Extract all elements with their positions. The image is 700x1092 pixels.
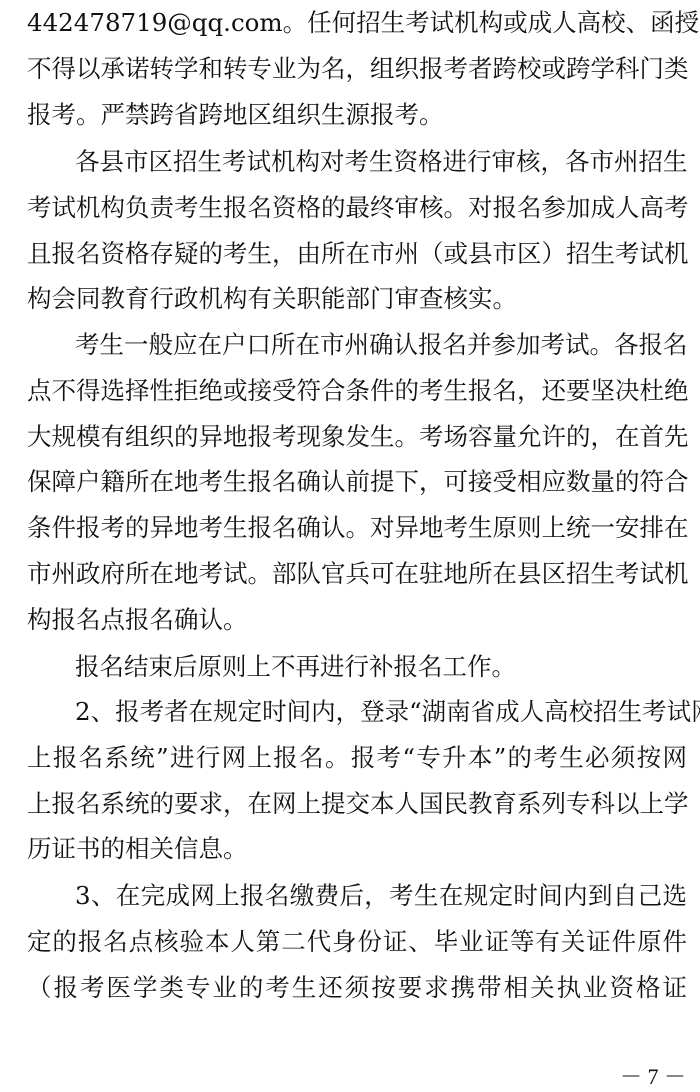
text-line: 构报名点报名确认。	[27, 605, 687, 635]
text-line: 考生一般应在户口所在市州确认报名并参加考试。各报名	[75, 330, 687, 360]
text-line: 大规模有组织的异地报考现象发生。考场容量允许的，在首先	[27, 422, 687, 452]
text-line: 保障户籍所在地考生报名确认前提下，可接受相应数量的符合	[27, 467, 687, 497]
text-line: 报考。严禁跨省跨地区组织生源报考。	[27, 100, 687, 130]
text-line: 定的报名点核验本人第二代身份证、毕业证等有关证件原件	[27, 927, 687, 957]
text-line: 2、报考者在规定时间内，登录“湖南省成人高校招生考试网	[75, 697, 687, 727]
text-line: 上报名系统”进行网上报名。报考“专升本”的考生必须按网	[27, 743, 687, 773]
text-line: 条件报考的异地考生报名确认。对异地考生原则上统一安排在	[27, 513, 687, 543]
text-line: 点不得选择性拒绝或接受符合条件的考生报名，还要坚决杜绝	[27, 376, 687, 406]
text-line: 构会同教育行政机构有关职能部门审查核实。	[27, 284, 687, 314]
page-number: － 7 －	[620, 1064, 686, 1090]
text-line: 不得以承诺转学和转专业为名，组织报考者跨校或跨学科门类	[27, 54, 687, 84]
text-line: 且报名资格存疑的考生，由所在市州（或县市区）招生考试机	[27, 239, 687, 269]
text-line: 3、在完成网上报名缴费后，考生在规定时间内到自己选	[75, 881, 687, 911]
text-line: 各县市区招生考试机构对考生资格进行审核，各市州招生	[75, 147, 687, 177]
text-line: 考试机构负责考生报名资格的最终审核。对报名参加成人高考	[27, 193, 687, 223]
text-line: 市州政府所在地考试。部队官兵可在驻地所在县区招生考试机	[27, 559, 687, 589]
text-line: 上报名系统的要求，在网上提交本人国民教育系列专科以上学	[27, 789, 687, 819]
text-line: 历证书的相关信息。	[27, 834, 687, 864]
text-line: 442478719@qq.com。任何招生考试机构或成人高校、函授站	[27, 8, 687, 38]
text-line: 报名结束后原则上不再进行补报名工作。	[75, 652, 687, 682]
text-line: （报考医学类专业的考生还须按要求携带相关执业资格证	[27, 973, 687, 1003]
